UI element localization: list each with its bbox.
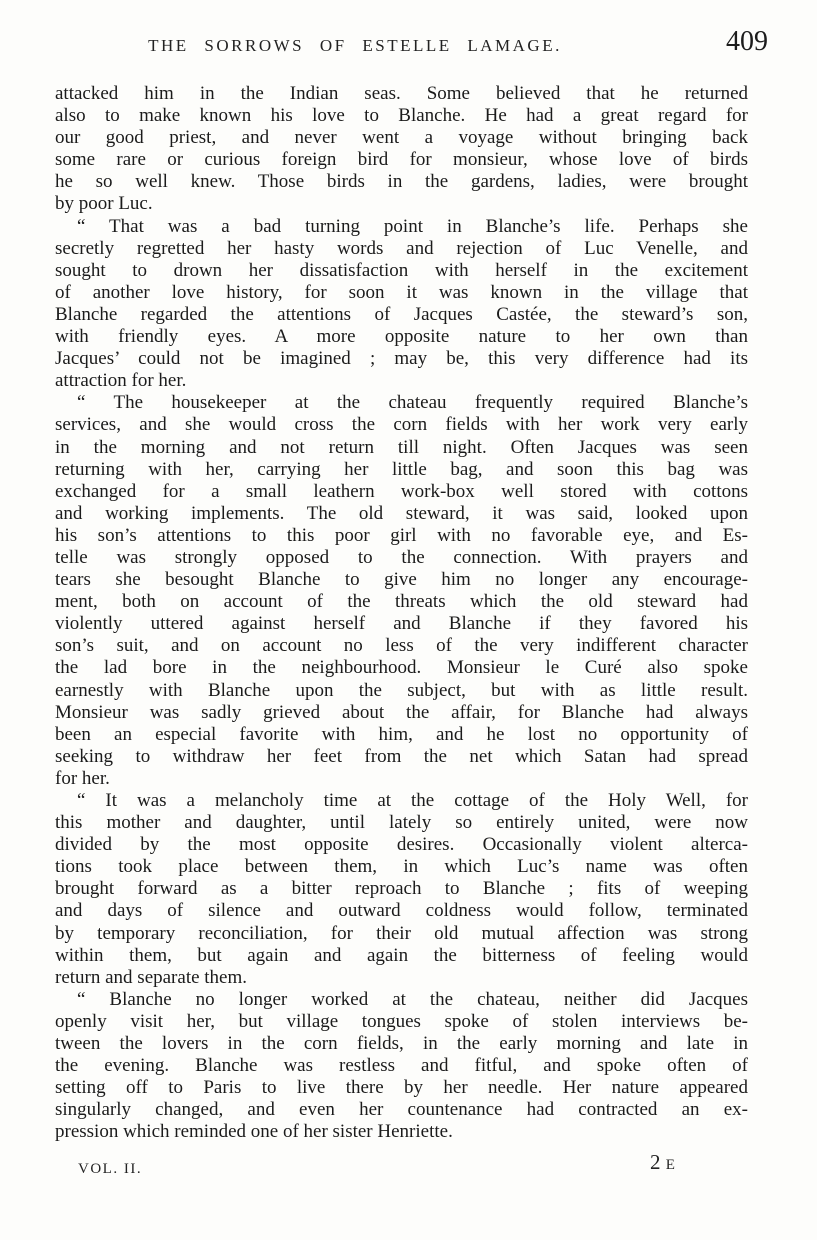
text-line: our good priest, and never went a voyage…: [55, 127, 748, 149]
text-line: ment, both on account of the threats whi…: [55, 591, 748, 613]
text-line: the evening. Blanche was restless and fi…: [55, 1055, 748, 1077]
text-line: attacked him in the Indian seas. Some be…: [55, 83, 748, 105]
text-line: attraction for her.: [55, 370, 748, 392]
text-line: telle was strongly opposed to the connec…: [55, 547, 748, 569]
text-line: pression which reminded one of her siste…: [55, 1121, 748, 1143]
text-line: tween the lovers in the corn fields, in …: [55, 1033, 748, 1055]
text-line: with friendly eyes. A more opposite natu…: [55, 326, 748, 348]
text-line: Monsieur was sadly grieved about the aff…: [55, 702, 748, 724]
signature-letter: E: [666, 1157, 676, 1173]
text-line: within them, but again and again the bit…: [55, 945, 748, 967]
volume-label: VOL. II.: [78, 1161, 142, 1178]
text-line: by poor Luc.: [55, 193, 748, 215]
text-line: “ It was a melancholy time at the cottag…: [55, 790, 748, 812]
text-line: some rare or curious foreign bird for mo…: [55, 149, 748, 171]
text-line: services, and she would cross the corn f…: [55, 414, 748, 436]
signature-mark: 2 E: [650, 1150, 675, 1175]
text-line: violently uttered against herself and Bl…: [55, 613, 748, 635]
text-line: his son’s attentions to this poor girl w…: [55, 525, 748, 547]
text-line: singularly changed, and even her counten…: [55, 1099, 748, 1121]
text-line: and working implements. The old steward,…: [55, 503, 748, 525]
text-line: the lad bore in the neighbourhood. Monsi…: [55, 657, 748, 679]
text-line: he so well knew. Those birds in the gard…: [55, 171, 748, 193]
text-line: by temporary reconciliation, for their o…: [55, 923, 748, 945]
text-line: “ That was a bad turning point in Blanch…: [55, 216, 748, 238]
text-line: openly visit her, but village tongues sp…: [55, 1011, 748, 1033]
text-line: been an especial favorite with him, and …: [55, 724, 748, 746]
text-line: also to make known his love to Blanche. …: [55, 105, 748, 127]
text-line: brought forward as a bitter reproach to …: [55, 878, 748, 900]
running-head-title: THE SORROWS OF ESTELLE LAMAGE.: [55, 36, 655, 56]
text-block: attacked him in the Indian seas. Some be…: [55, 83, 748, 1144]
text-line: tears she besought Blanche to give him n…: [55, 569, 748, 591]
text-line: for her.: [55, 768, 748, 790]
text-line: earnestly with Blanche upon the subject,…: [55, 680, 748, 702]
text-line: setting off to Paris to live there by he…: [55, 1077, 748, 1099]
text-line: this mother and daughter, until lately s…: [55, 812, 748, 834]
text-line: Blanche regarded the attentions of Jacqu…: [55, 304, 748, 326]
text-line: seeking to withdraw her feet from the ne…: [55, 746, 748, 768]
text-line: of another love history, for soon it was…: [55, 282, 748, 304]
text-line: return and separate them.: [55, 967, 748, 989]
book-page: THE SORROWS OF ESTELLE LAMAGE. 409 attac…: [0, 0, 817, 1240]
page-number: 409: [726, 26, 768, 58]
text-line: son’s suit, and on account no less of th…: [55, 635, 748, 657]
text-line: divided by the most opposite desires. Oc…: [55, 834, 748, 856]
text-line: sought to drown her dissatisfaction with…: [55, 260, 748, 282]
signature-number: 2: [650, 1150, 661, 1174]
text-line: in the morning and not return till night…: [55, 437, 748, 459]
text-line: tions took place between them, in which …: [55, 856, 748, 878]
text-line: and days of silence and outward coldness…: [55, 900, 748, 922]
text-line: secretly regretted her hasty words and r…: [55, 238, 748, 260]
text-line: “ The housekeeper at the chateau frequen…: [55, 392, 748, 414]
text-line: Jacques’ could not be imagined ; may be,…: [55, 348, 748, 370]
text-line: exchanged for a small leathern work-box …: [55, 481, 748, 503]
text-line: returning with her, carrying her little …: [55, 459, 748, 481]
text-line: “ Blanche no longer worked at the chatea…: [55, 989, 748, 1011]
